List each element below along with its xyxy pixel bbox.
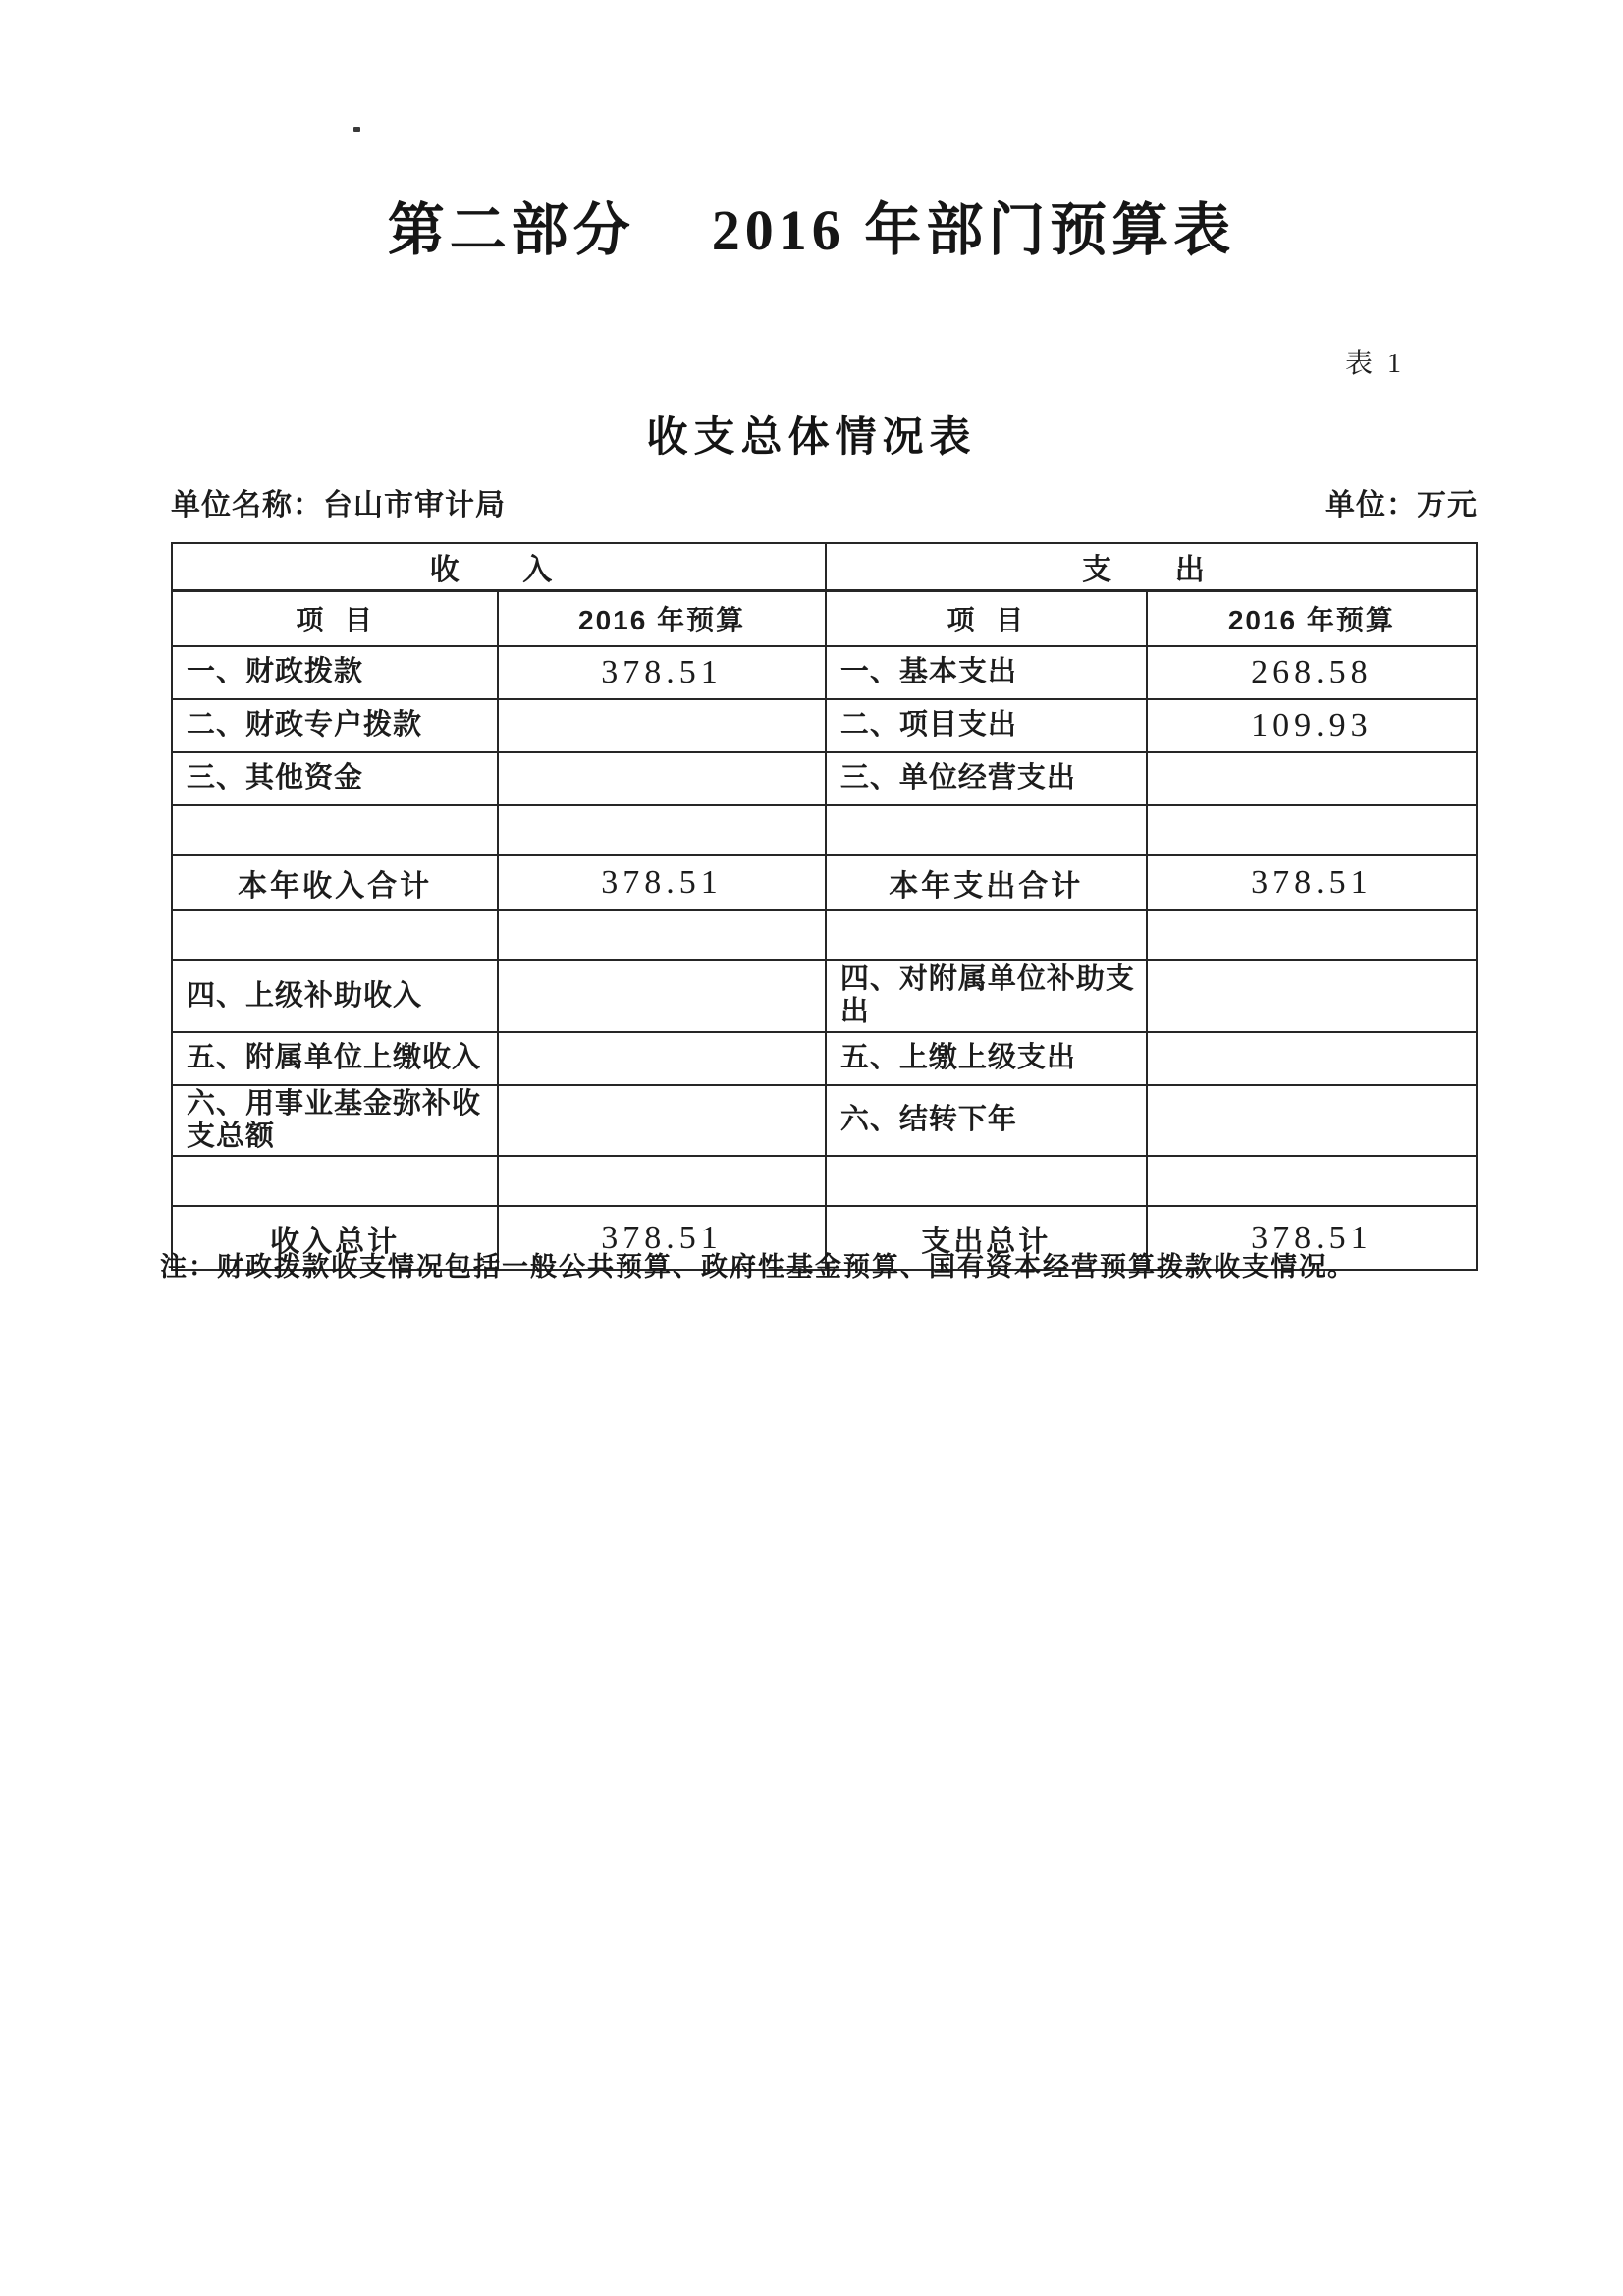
expense-value-cell: 109.93: [1147, 699, 1477, 752]
unit-of-measure-label: 单位：万元: [1325, 480, 1478, 523]
expense-value-cell: 268.58: [1147, 646, 1477, 699]
income-value-cell: [498, 910, 826, 960]
scan-speck: [353, 127, 360, 132]
table-column-header-row: 项 目 2016 年预算 项 目 2016 年预算: [172, 590, 1477, 646]
income-subtotal-label: 本年收入合计: [172, 855, 498, 910]
income-item-header: 项 目: [172, 590, 498, 646]
expense-budget-header: 2016 年预算: [1147, 590, 1477, 646]
income-item-cell: 五、附属单位上缴收入: [172, 1032, 498, 1085]
income-value-cell: [498, 1032, 826, 1085]
table-row-empty: [172, 910, 1477, 960]
part-title: 第二部分 2016 年部门预算表: [0, 198, 1623, 264]
expense-item-cell: 四、对附属单位补助支出: [826, 960, 1147, 1032]
expense-value-cell: [1147, 1085, 1477, 1157]
expense-subtotal-label: 本年支出合计: [826, 855, 1147, 910]
meta-row: 单位名称：台山市审计局 单位：万元: [171, 480, 1478, 523]
table-row-empty: [172, 805, 1477, 855]
income-value-cell: [498, 805, 826, 855]
income-item-cell: 一、财政拨款: [172, 646, 498, 699]
income-value-cell: [498, 752, 826, 805]
table-number-label: 表 1: [1345, 342, 1405, 381]
income-item-cell: 六、用事业基金弥补收支总额: [172, 1085, 498, 1157]
expense-item-cell: 一、基本支出: [826, 646, 1147, 699]
table-row: 一、财政拨款 378.51 一、基本支出 268.58: [172, 646, 1477, 699]
income-value-cell: [498, 1085, 826, 1157]
budget-summary-table: 收 入 支 出 项 目 2016 年预算 项 目 2016 年预算 一、财政拨款…: [171, 542, 1478, 1271]
income-item-cell: 三、其他资金: [172, 752, 498, 805]
unit-name-label: 单位名称：台山市审计局: [171, 480, 506, 523]
income-item-cell: [172, 805, 498, 855]
income-item-cell: [172, 1156, 498, 1206]
table-row-empty: [172, 1156, 1477, 1206]
table-row: 三、其他资金 三、单位经营支出: [172, 752, 1477, 805]
expense-value-cell: [1147, 1156, 1477, 1206]
income-budget-header: 2016 年预算: [498, 590, 826, 646]
expense-item-cell: 二、项目支出: [826, 699, 1147, 752]
expense-item-cell: 五、上缴上级支出: [826, 1032, 1147, 1085]
expense-subtotal-value: 378.51: [1147, 855, 1477, 910]
income-item-cell: 四、上级补助收入: [172, 960, 498, 1032]
income-item-cell: [172, 910, 498, 960]
expense-value-cell: [1147, 1032, 1477, 1085]
income-value-cell: 378.51: [498, 646, 826, 699]
income-value-cell: [498, 960, 826, 1032]
table-row: 四、上级补助收入 四、对附属单位补助支出: [172, 960, 1477, 1032]
expense-item-cell: 三、单位经营支出: [826, 752, 1147, 805]
table-row: 二、财政专户拨款 二、项目支出 109.93: [172, 699, 1477, 752]
expense-value-cell: [1147, 752, 1477, 805]
expense-group-header: 支 出: [826, 543, 1477, 590]
expense-item-cell: [826, 1156, 1147, 1206]
expense-item-header: 项 目: [826, 590, 1147, 646]
income-subtotal-value: 378.51: [498, 855, 826, 910]
expense-value-cell: [1147, 910, 1477, 960]
expense-item-cell: 六、结转下年: [826, 1085, 1147, 1157]
income-item-cell: 二、财政专户拨款: [172, 699, 498, 752]
expense-value-cell: [1147, 805, 1477, 855]
table-row-subtotal: 本年收入合计 378.51 本年支出合计 378.51: [172, 855, 1477, 910]
expense-value-cell: [1147, 960, 1477, 1032]
table-title: 收支总体情况表: [0, 405, 1623, 464]
expense-item-cell: [826, 910, 1147, 960]
footnote: 注：财政拨款收支情况包括一般公共预算、政府性基金预算、国有资本经营预算拨款收支情…: [160, 1245, 1515, 1284]
table-group-header-row: 收 入 支 出: [172, 543, 1477, 590]
table-row: 六、用事业基金弥补收支总额 六、结转下年: [172, 1085, 1477, 1157]
table-row: 五、附属单位上缴收入 五、上缴上级支出: [172, 1032, 1477, 1085]
expense-item-cell: [826, 805, 1147, 855]
income-value-cell: [498, 699, 826, 752]
document-page: 第二部分 2016 年部门预算表 表 1 收支总体情况表 单位名称：台山市审计局…: [0, 0, 1623, 2296]
income-value-cell: [498, 1156, 826, 1206]
income-group-header: 收 入: [172, 543, 826, 590]
